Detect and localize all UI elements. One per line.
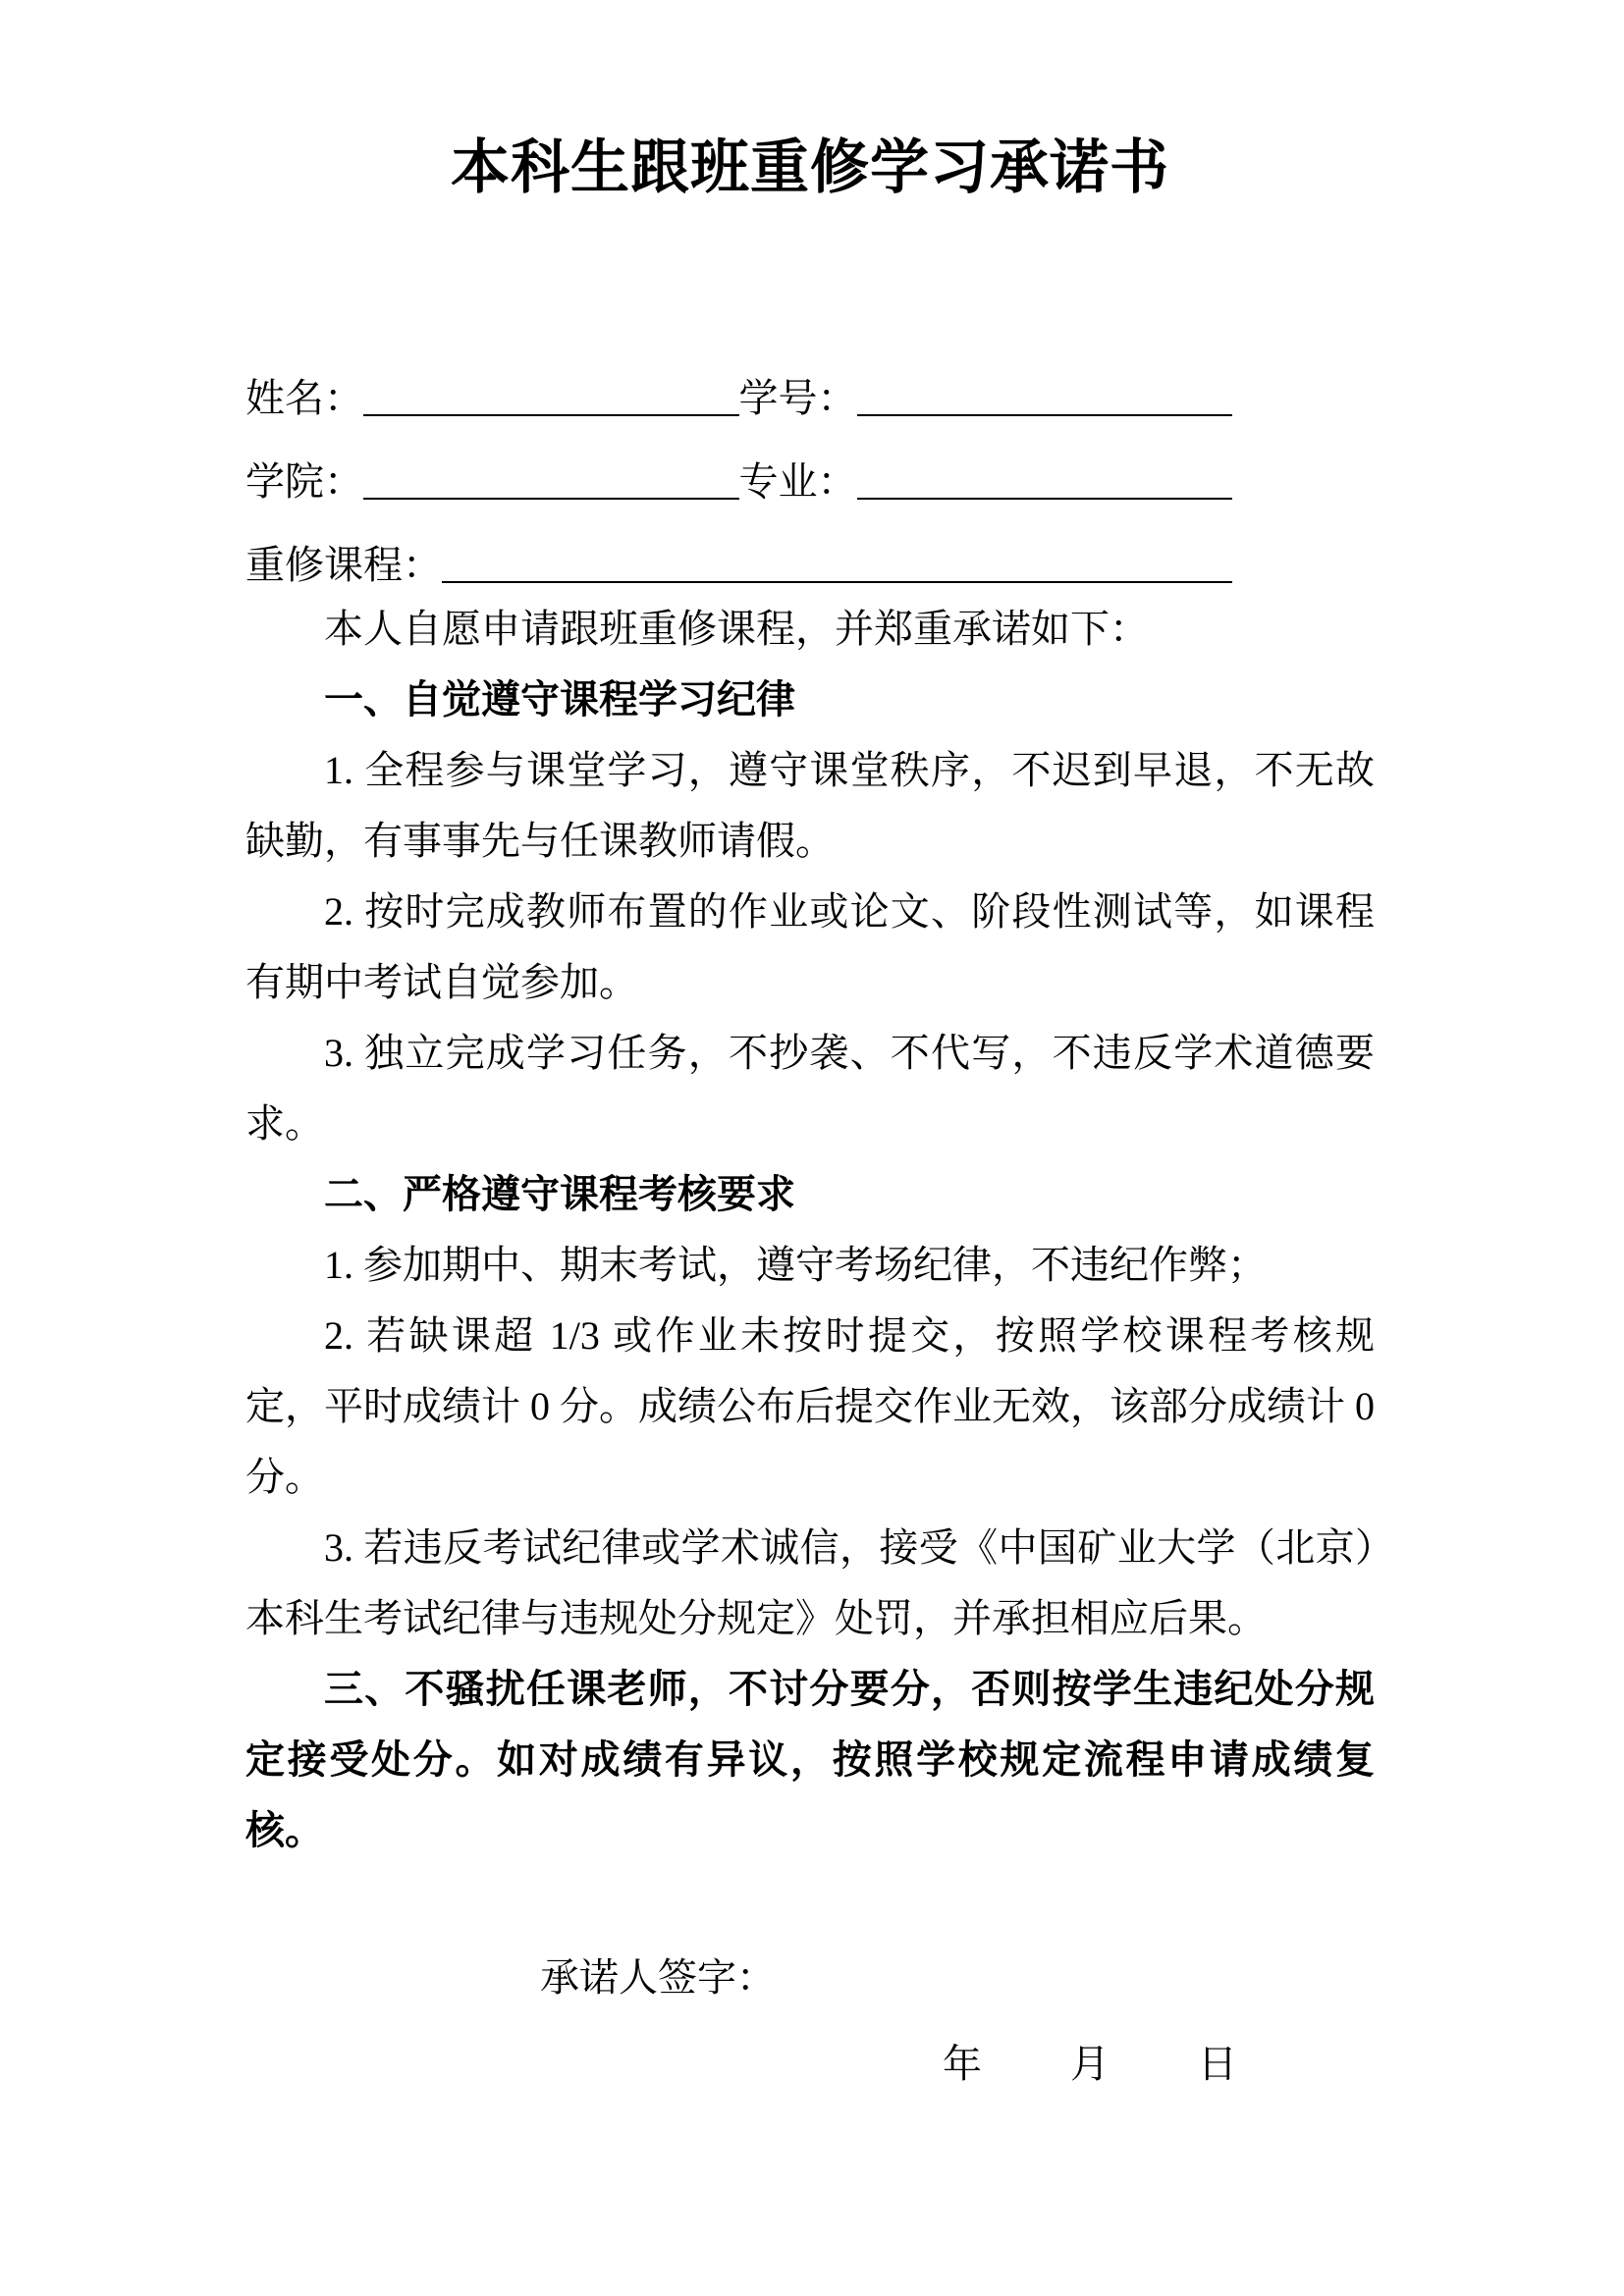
name-blank-line bbox=[363, 404, 739, 416]
document-title: 本科生跟班重修学习承诺书 bbox=[245, 133, 1375, 203]
form-row-course: 重修课程： bbox=[245, 542, 1232, 589]
signature-block: 承诺人签字： 年 月 日 bbox=[245, 1954, 1375, 2088]
major-blank-line bbox=[857, 488, 1233, 500]
student-id-label: 学号： bbox=[739, 375, 857, 422]
section-2-item-3: 3. 若违反考试纪律或学术诚信，接受《中国矿业大学（北京）本科生考试纪律与违规处… bbox=[245, 1513, 1375, 1654]
college-blank-line bbox=[363, 488, 739, 500]
month-label: 月 bbox=[1070, 2041, 1110, 2088]
student-id-blank-line bbox=[857, 404, 1233, 416]
major-label: 专业： bbox=[739, 458, 857, 506]
date-line: 年 月 日 bbox=[245, 2041, 1375, 2088]
section-3-paragraph: 三、不骚扰任课老师，不讨分要分，否则按学生违纪处分规定接受处分。如对成绩有异议，… bbox=[245, 1654, 1375, 1866]
college-label: 学院： bbox=[245, 458, 363, 506]
section-2-item-1: 1. 参加期中、期末考试，遵守考场纪律，不违纪作弊； bbox=[245, 1230, 1375, 1301]
section-1-item-3: 3. 独立完成学习任务，不抄袭、不代写，不违反学术道德要求。 bbox=[245, 1018, 1375, 1159]
document-page: 本科生跟班重修学习承诺书 姓名： 学号： 学院： 专业： 重修课程： 本人自愿申… bbox=[0, 0, 1624, 2296]
course-blank-line bbox=[442, 571, 1232, 583]
course-label: 重修课程： bbox=[245, 542, 442, 589]
commitment-body: 本人自愿申请跟班重修课程，并郑重承诺如下： 一、自觉遵守课程学习纪律 1. 全程… bbox=[245, 594, 1375, 1866]
form-row-college-major: 学院： 专业： bbox=[245, 458, 1232, 506]
student-info-form: 姓名： 学号： 学院： 专业： 重修课程： bbox=[245, 375, 1232, 589]
name-label: 姓名： bbox=[245, 375, 363, 422]
form-row-name-id: 姓名： 学号： bbox=[245, 375, 1232, 422]
day-label: 日 bbox=[1198, 2041, 1237, 2088]
section-1-item-1: 1. 全程参与课堂学习，遵守课堂秩序，不迟到早退，不无故缺勤，有事事先与任课教师… bbox=[245, 735, 1375, 877]
signer-signature-label: 承诺人签字： bbox=[245, 1954, 1375, 2002]
document-content: 本科生跟班重修学习承诺书 姓名： 学号： 学院： 专业： 重修课程： 本人自愿申… bbox=[0, 133, 1624, 2088]
year-label: 年 bbox=[943, 2041, 982, 2088]
intro-paragraph: 本人自愿申请跟班重修课程，并郑重承诺如下： bbox=[245, 594, 1375, 665]
section-1-heading: 一、自觉遵守课程学习纪律 bbox=[245, 665, 1375, 735]
section-2-item-2: 2. 若缺课超 1/3 或作业未按时提交，按照学校课程考核规定，平时成绩计 0 … bbox=[245, 1301, 1375, 1513]
section-1-item-2: 2. 按时完成教师布置的作业或论文、阶段性测试等，如课程有期中考试自觉参加。 bbox=[245, 877, 1375, 1018]
section-2-heading: 二、严格遵守课程考核要求 bbox=[245, 1159, 1375, 1230]
